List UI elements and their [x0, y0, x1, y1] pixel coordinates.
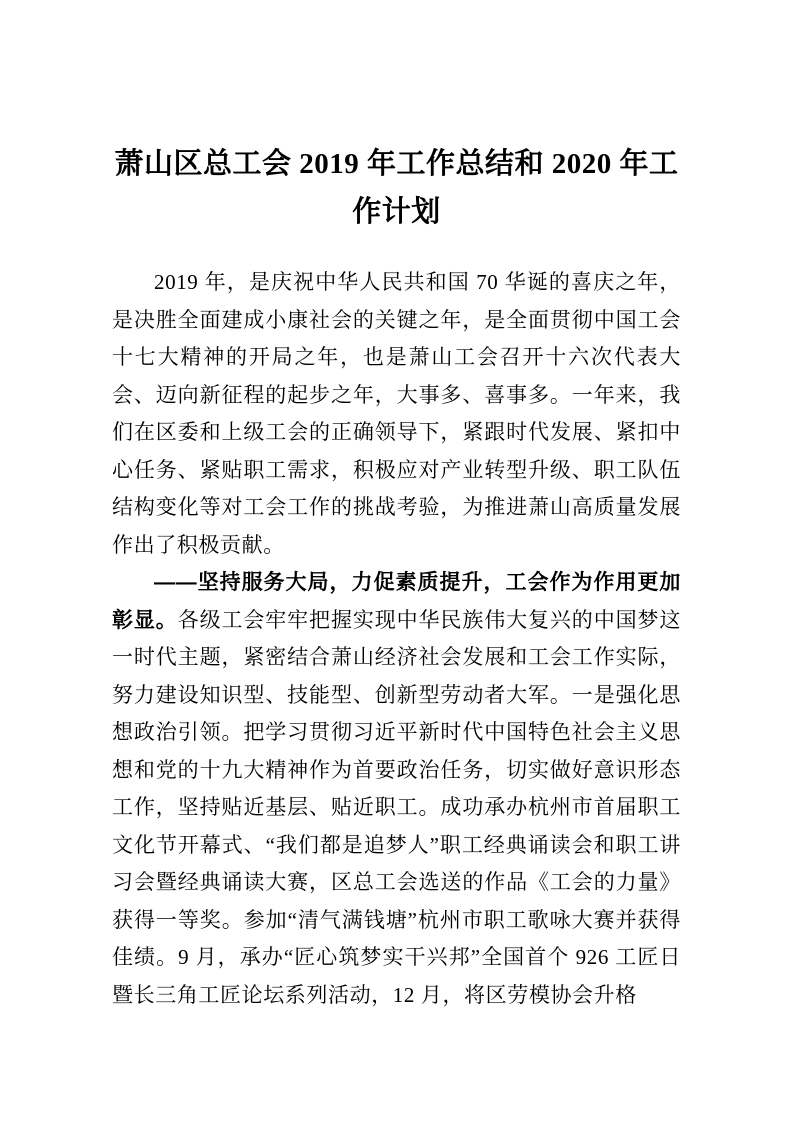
paragraph-service-highlight-text: 各级工会牢牢把握实现中华民族伟大复兴的中国梦这一时代主题，紧密结合萧山经济社会发… [112, 608, 681, 1007]
document-page: 萧山区总工会 2019 年工作总结和 2020 年工作计划 2019 年，是庆祝… [0, 0, 793, 1122]
document-title: 萧山区总工会 2019 年工作总结和 2020 年工作计划 [112, 140, 681, 236]
paragraph-intro: 2019 年，是庆祝中华人民共和国 70 华诞的喜庆之年，是决胜全面建成小康社会… [112, 264, 681, 564]
paragraph-service-highlight: ——坚持服务大局，力促素质提升，工会作为作用更加彰显。各级工会牢牢把握实现中华民… [112, 564, 681, 1014]
paragraph-intro-text: 2019 年，是庆祝中华人民共和国 70 华诞的喜庆之年，是决胜全面建成小康社会… [112, 270, 681, 557]
